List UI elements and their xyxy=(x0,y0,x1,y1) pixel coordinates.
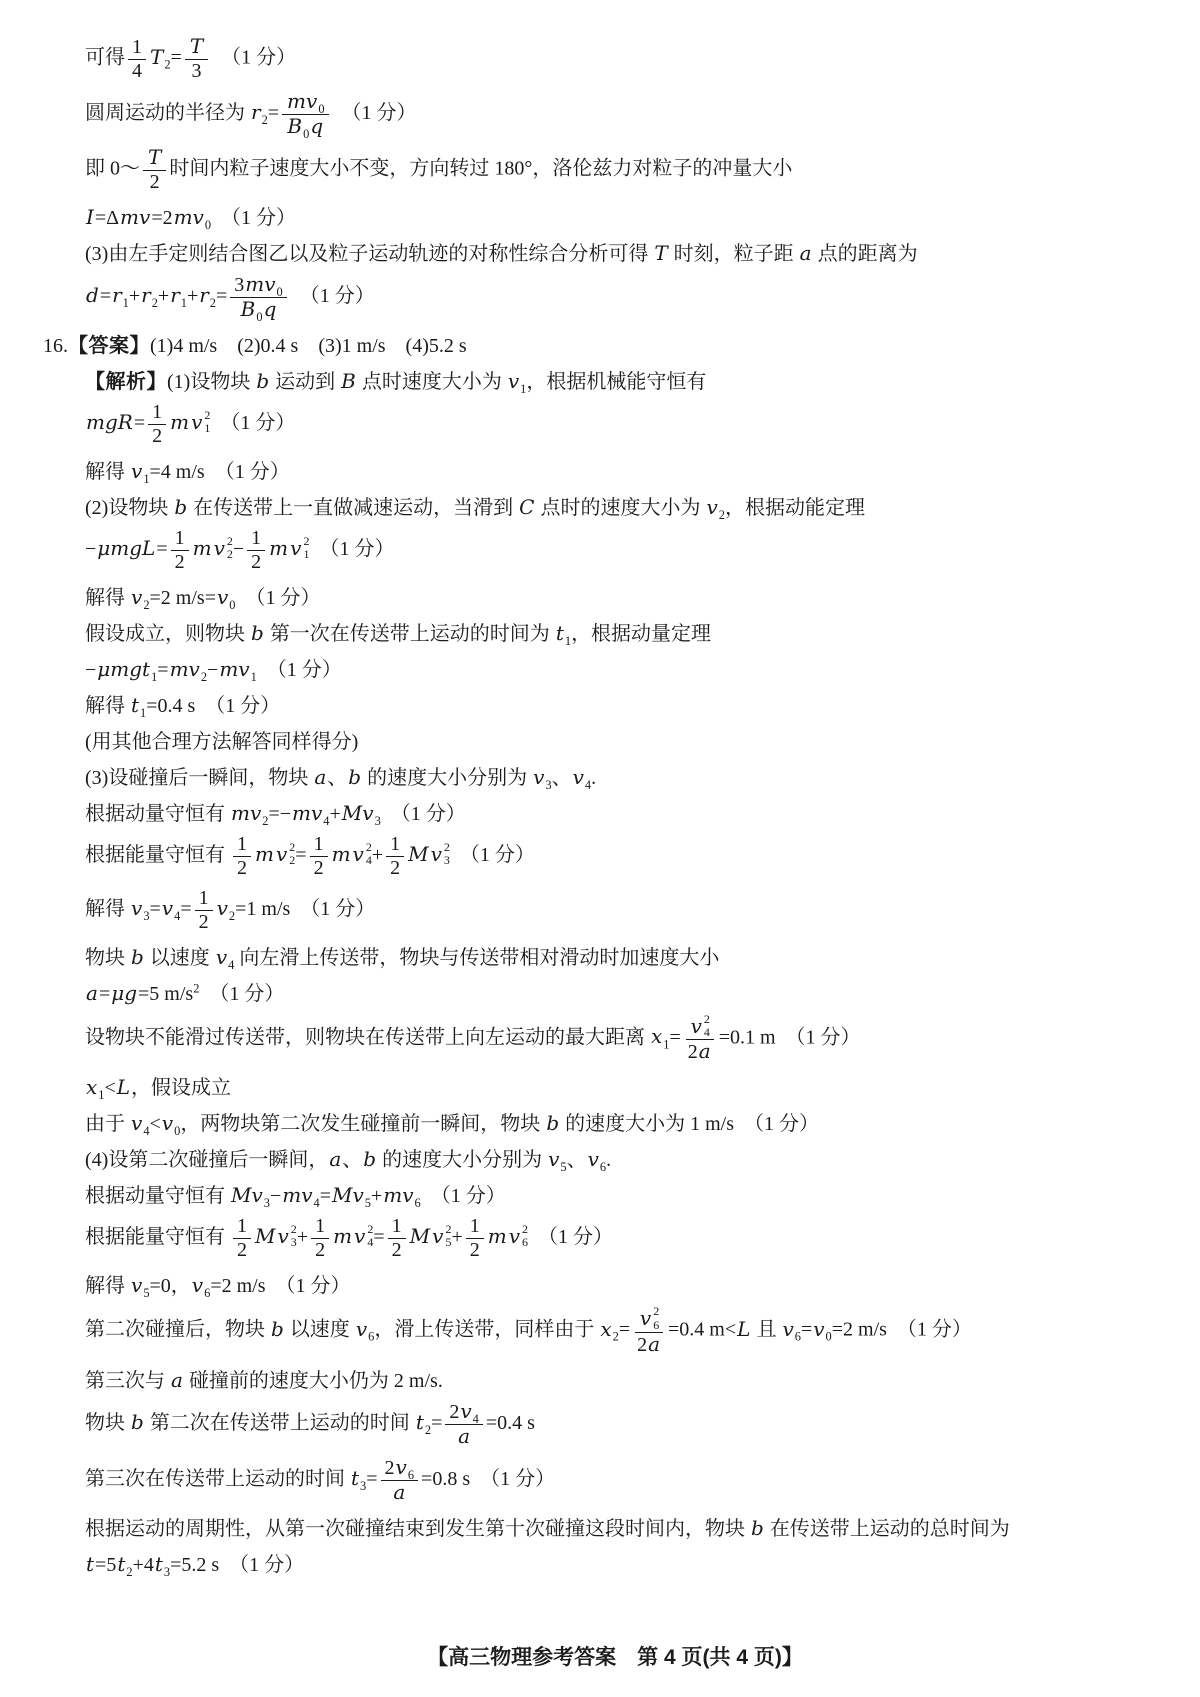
math-variable: b xyxy=(545,1111,560,1135)
text-run: = xyxy=(157,659,168,681)
text-run: =4 m/s （1 分） xyxy=(150,461,290,483)
math-variable: a xyxy=(698,1039,712,1063)
math-variable: t xyxy=(350,1466,360,1490)
math-variable: I xyxy=(85,205,95,229)
fraction: v262a xyxy=(633,1305,665,1356)
text-run: =Δ xyxy=(95,207,119,229)
text-run: =5 m/s xyxy=(138,983,193,1005)
text-run: 16. xyxy=(43,335,68,357)
math-variable: Mv xyxy=(331,1183,365,1207)
math-variable: m xyxy=(192,536,213,560)
text-run: = xyxy=(373,1226,384,1248)
text-run: 2 xyxy=(237,1239,247,1261)
text-run: 、 xyxy=(552,767,572,789)
fraction: 12 xyxy=(310,833,328,880)
answer-line: d=r1+r2+r1+r2=3mv0B0q （1 分） xyxy=(85,273,1145,322)
math-variable: b xyxy=(255,369,270,393)
math-variable: x xyxy=(650,1024,663,1048)
text-run: （1 分） xyxy=(199,983,284,1005)
text-run: < xyxy=(104,1077,115,1099)
math-variable: T xyxy=(653,241,668,265)
math-variable: v xyxy=(705,495,718,519)
math-variable: B xyxy=(286,114,303,138)
text-run: （1 分） xyxy=(450,844,535,866)
answer-line: 根据动量守恒有 Mv3−mv4=Mv5+mv6 （1 分） xyxy=(85,1179,1145,1208)
math-variable: v xyxy=(161,896,174,920)
answer-line: 可得14T2=T3 （1 分） xyxy=(85,35,1145,83)
math-variable: m xyxy=(268,536,289,560)
math-sub-sup: v22 xyxy=(213,535,233,561)
text-run: 2 xyxy=(385,1457,395,1479)
math-variable: μg xyxy=(110,981,138,1005)
math-variable: v xyxy=(216,896,229,920)
text-run: 1 xyxy=(390,833,400,855)
math-variable: mv xyxy=(291,801,323,825)
answer-line: x1<L，假设成立 xyxy=(85,1071,1145,1100)
math-variable: a xyxy=(647,1332,661,1356)
text-run: = xyxy=(431,1412,442,1434)
math-variable: v xyxy=(812,1317,825,1341)
answer-sheet-page: 可得14T2=T3 （1 分）圆周运动的半径为 r2=mv0B0q （1 分）即… xyxy=(0,0,1200,1697)
fraction: T3 xyxy=(185,35,208,83)
math-variable: b xyxy=(250,621,265,645)
math-variable: mv xyxy=(119,205,151,229)
math-variable: t xyxy=(555,621,565,645)
math-variable: μmgt xyxy=(96,657,151,681)
text-run: = xyxy=(801,1319,812,1341)
text-run: =1 m/s （1 分） xyxy=(235,898,375,920)
text-run: (3)由左手定则结合图乙以及粒子运动轨迹的对称性综合分析可得 xyxy=(85,243,653,265)
answer-line: 圆周运动的半径为 r2=mv0B0q （1 分） xyxy=(85,90,1145,139)
text-run: 解得 xyxy=(85,695,130,717)
math-variable: r xyxy=(140,283,152,307)
math-variable: q xyxy=(263,297,278,321)
math-variable: b xyxy=(362,1147,377,1171)
text-run: 4 xyxy=(132,60,142,82)
text-run: 以速度 xyxy=(285,1319,355,1341)
text-run: < xyxy=(150,1113,161,1135)
text-run: =− xyxy=(268,803,291,825)
fraction: 12 xyxy=(388,1215,406,1262)
math-variable: B xyxy=(340,369,357,393)
text-run: （1 分） xyxy=(332,102,417,124)
answer-line: a=μg=5 m/s2 （1 分） xyxy=(85,977,1145,1006)
text-run: 解得 xyxy=(85,461,130,483)
answer-line: (4)设第二次碰撞后一瞬间，a、b 的速度大小分别为 v5、v6. xyxy=(85,1143,1145,1172)
text-run: + xyxy=(372,844,383,866)
math-variable: Mv xyxy=(341,801,375,825)
text-run: (1)设物块 xyxy=(167,371,255,393)
answer-line: 第三次在传送带上运动的时间 t3=2v6a=0.8 s （1 分） xyxy=(85,1456,1145,1505)
text-run: 根据能量守恒有 xyxy=(85,1226,230,1248)
math-sub-sup: v22 xyxy=(275,841,295,867)
text-run: + xyxy=(129,285,140,307)
answer-line: 根据动量守恒有 mv2=−mv4+Mv3 （1 分） xyxy=(85,797,1145,826)
text-run: 2 xyxy=(390,857,400,879)
text-run: （1 分） xyxy=(236,587,321,609)
fraction: 12 xyxy=(233,833,251,880)
page-footer: 【高三物理参考答案 第 4 页(共 4 页)】 xyxy=(85,1611,1145,1671)
text-run: =2 m/s （1 分） xyxy=(210,1275,350,1297)
text-run: 即 0～ xyxy=(85,158,140,180)
text-run: 1 xyxy=(237,1215,247,1237)
math-variable: v xyxy=(547,1147,560,1171)
text-run: (3)设碰撞后一瞬间，物块 xyxy=(85,767,313,789)
text-run: + xyxy=(158,285,169,307)
math-variable: m xyxy=(487,1224,508,1248)
math-variable: v xyxy=(587,1147,600,1171)
math-variable: r xyxy=(169,283,181,307)
fraction: T2 xyxy=(143,146,166,194)
text-run: 时间内粒子速度大小不变，方向转过 180°，洛伦兹力对粒子的冲量大小 xyxy=(169,158,792,180)
fraction: 3mv0B0q xyxy=(230,273,286,322)
text-run: 第二次在传送带上运动的时间 xyxy=(145,1412,415,1434)
text-run: 1 xyxy=(132,36,142,58)
math-variable: t xyxy=(116,1552,126,1576)
answer-line: 根据能量守恒有 12mv22=12mv24+12Mv23 （1 分） xyxy=(85,833,1145,880)
math-sub-sup: v26 xyxy=(508,1223,528,1249)
text-run: （1 分） xyxy=(528,1226,613,1248)
text-run: 以速度 xyxy=(145,947,215,969)
text-run: =5.2 s （1 分） xyxy=(170,1554,304,1576)
text-run: (用其他合理方法解答同样得分) xyxy=(85,731,358,753)
text-run: 2 xyxy=(199,911,209,933)
text-run: 点时的速度大小为 xyxy=(535,497,705,519)
answer-line: 第三次与 a 碰撞前的速度大小仍为 2 m/s. xyxy=(85,1364,1145,1393)
text-run: 2 xyxy=(152,425,162,447)
math-variable: a xyxy=(313,765,327,789)
text-run: 2 xyxy=(150,171,160,193)
text-run: 解得 xyxy=(85,898,130,920)
answer-line: 第二次碰撞后，物块 b 以速度 v6，滑上传送带，同样由于 x2=v262a=0… xyxy=(85,1305,1145,1356)
math-variable: a xyxy=(170,1368,184,1392)
text-run: 1 xyxy=(314,833,324,855)
text-run: 2 xyxy=(314,857,324,879)
math-variable: v xyxy=(459,1399,472,1423)
math-variable: x xyxy=(85,1075,98,1099)
fraction: 12 xyxy=(195,887,213,934)
answer-line: (用其他合理方法解答同样得分) xyxy=(85,725,1145,754)
math-variable: T xyxy=(147,145,162,169)
math-variable: T xyxy=(149,45,164,69)
fraction: 2v6a xyxy=(381,1456,419,1505)
text-run: 根据能量守恒有 xyxy=(85,844,230,866)
text-run: = xyxy=(180,898,191,920)
text-run: = xyxy=(295,844,306,866)
math-sub-sup: v21 xyxy=(190,409,210,435)
section-label: 【答案】 xyxy=(68,335,150,357)
text-run: =2 m/s= xyxy=(150,587,216,609)
text-run: . xyxy=(591,767,596,789)
text-run: − xyxy=(85,538,96,560)
text-run: （1 分） xyxy=(257,659,342,681)
text-run: 2 xyxy=(449,1401,459,1423)
math-variable: r xyxy=(198,283,210,307)
text-run: 的速度大小分别为 xyxy=(377,1149,547,1171)
text-run: = xyxy=(100,285,111,307)
text-run: 设物块不能滑过传送带，则物块在传送带上向左运动的最大距离 xyxy=(85,1026,650,1048)
answer-line: 根据能量守恒有 12Mv23+12mv24=12Mv25+12mv26 （1 分… xyxy=(85,1215,1145,1262)
text-run: 解得 xyxy=(85,1275,130,1297)
text-run: 根据动量守恒有 xyxy=(85,803,230,825)
text-run: 3 xyxy=(234,274,244,296)
text-run: = xyxy=(150,898,161,920)
math-variable: mv xyxy=(244,272,276,296)
math-variable: L xyxy=(116,1075,131,1099)
text-run: 第三次与 xyxy=(85,1370,170,1392)
text-run: （1 分） xyxy=(290,285,375,307)
math-variable: a xyxy=(328,1147,342,1171)
answer-line: t=5t2+4t3=5.2 s （1 分） xyxy=(85,1548,1145,1577)
math-variable: v xyxy=(395,1455,408,1479)
text-run: = xyxy=(320,1185,331,1207)
text-run: 1 xyxy=(470,1215,480,1237)
text-run: 圆周运动的半径为 xyxy=(85,102,250,124)
math-variable: mv xyxy=(281,1183,313,1207)
text-run: 2 xyxy=(392,1239,402,1261)
math-variable: mv xyxy=(173,205,205,229)
math-variable: r xyxy=(250,100,262,124)
math-variable: mgR xyxy=(85,410,134,434)
math-variable: b xyxy=(130,1410,145,1434)
math-variable: b xyxy=(270,1317,285,1341)
math-variable: m xyxy=(254,842,275,866)
fraction: 12 xyxy=(171,527,189,574)
text-run: − xyxy=(85,659,96,681)
text-run: ，根据动能定理 xyxy=(725,497,865,519)
math-variable: m xyxy=(169,410,190,434)
math-sub-sup: v24 xyxy=(353,1223,373,1249)
fraction: 12 xyxy=(466,1215,484,1262)
text-run: （1 分） xyxy=(211,47,296,69)
math-variable: v xyxy=(215,945,228,969)
text-run: 运动到 xyxy=(270,371,340,393)
text-run: + xyxy=(371,1185,382,1207)
math-variable: b xyxy=(173,495,188,519)
section-label: 【解析】 xyxy=(85,371,167,393)
text-run: 1 xyxy=(315,1215,325,1237)
math-variable: v xyxy=(216,585,229,609)
text-run: 3 xyxy=(192,60,202,82)
text-run: = xyxy=(99,983,110,1005)
text-run: （1 分） xyxy=(211,207,296,229)
text-run: 第一次在传送带上运动的时间为 xyxy=(265,623,555,645)
fraction: 12 xyxy=(233,1215,251,1262)
text-run: − xyxy=(207,659,218,681)
fraction: mv0B0q xyxy=(282,90,328,139)
text-run: =2 xyxy=(151,207,172,229)
text-run: 由于 xyxy=(85,1113,130,1135)
math-sub-sup: v23 xyxy=(276,1223,296,1249)
text-run: − xyxy=(233,538,244,560)
text-run: + xyxy=(187,285,198,307)
math-variable: t xyxy=(130,693,140,717)
answer-line: 即 0～T2时间内粒子速度大小不变，方向转过 180°，洛伦兹力对粒子的冲量大小 xyxy=(85,146,1145,194)
answer-line: (3)设碰撞后一瞬间，物块 a、b 的速度大小分别为 v3、v4. xyxy=(85,761,1145,790)
text-run: ，根据机械能守恒有 xyxy=(526,371,706,393)
text-run: = xyxy=(171,47,182,69)
text-run: 2 xyxy=(315,1239,325,1261)
fraction: 12 xyxy=(148,401,166,448)
subscript: 4 xyxy=(473,1412,479,1426)
answer-line: 物块 b 第二次在传送带上运动的时间 t2=2v4a=0.4 s xyxy=(85,1400,1145,1449)
math-variable: mv xyxy=(169,657,201,681)
text-run: （1 分） xyxy=(210,412,295,434)
math-variable: m xyxy=(332,1224,353,1248)
text-run: ，两物块第二次发生碰撞前一瞬间，物块 xyxy=(180,1113,545,1135)
text-run: ，根据动量定理 xyxy=(571,623,711,645)
text-run: 第三次在传送带上运动的时间 xyxy=(85,1468,350,1490)
text-run: 的速度大小分别为 xyxy=(362,767,532,789)
text-run: 点的距离为 xyxy=(813,243,918,265)
math-variable: v xyxy=(130,896,143,920)
text-run: + xyxy=(451,1226,462,1248)
text-run: 2 xyxy=(470,1239,480,1261)
text-run: (2)设物块 xyxy=(85,497,173,519)
math-variable: v xyxy=(532,765,545,789)
math-variable: t xyxy=(154,1552,164,1576)
math-variable: v xyxy=(191,1273,204,1297)
math-sub-sup: v26 xyxy=(639,1305,659,1331)
text-run: 时刻，粒子距 xyxy=(669,243,799,265)
answer-body: 可得14T2=T3 （1 分）圆周运动的半径为 r2=mv0B0q （1 分）即… xyxy=(85,28,1145,1584)
text-run: = xyxy=(669,1026,680,1048)
text-run: = xyxy=(366,1468,377,1490)
text-run: 、 xyxy=(327,767,347,789)
math-variable: q xyxy=(309,114,324,138)
math-variable: mv xyxy=(218,657,250,681)
fraction: 12 xyxy=(311,1215,329,1262)
text-run: = xyxy=(268,102,279,124)
math-variable: v xyxy=(781,1317,794,1341)
text-run: ，滑上传送带，同样由于 xyxy=(374,1319,599,1341)
text-run: 、 xyxy=(342,1149,362,1171)
text-run: (1)4 m/s (2)0.4 s (3)1 m/s (4)5.2 s xyxy=(150,335,467,357)
answer-line: 由于 v4<v0，两物块第二次发生碰撞前一瞬间，物块 b 的速度大小为 1 m/… xyxy=(85,1107,1145,1136)
math-variable: a xyxy=(392,1480,406,1504)
answer-line: 16.【答案】(1)4 m/s (2)0.4 s (3)1 m/s (4)5.2… xyxy=(43,329,1145,358)
text-run: + xyxy=(330,803,341,825)
fraction: 2v4a xyxy=(445,1400,483,1449)
subscript: 6 xyxy=(408,1468,414,1482)
text-run: +4 xyxy=(133,1554,154,1576)
text-run: （1 分） xyxy=(381,803,466,825)
answer-line: −μmgt1=mv2−mv1 （1 分） xyxy=(85,653,1145,682)
math-variable: r xyxy=(111,283,123,307)
answer-line: 解得 v2=2 m/s=v0 （1 分） xyxy=(85,581,1145,610)
answer-line: 设物块不能滑过传送带，则物块在传送带上向左运动的最大距离 x1=v242a=0.… xyxy=(85,1013,1145,1064)
math-variable: μmgL xyxy=(96,536,156,560)
math-variable: a xyxy=(85,981,99,1005)
fraction: 14 xyxy=(128,36,146,83)
subscript: 0 xyxy=(256,310,262,324)
answer-line: −μmgL=12mv22−12mv21 （1 分） xyxy=(85,527,1145,574)
subscript: 0 xyxy=(277,285,283,299)
text-run: 的速度大小为 1 m/s （1 分） xyxy=(560,1113,819,1135)
text-run: − xyxy=(270,1185,281,1207)
math-variable: t xyxy=(85,1552,95,1576)
answer-line: 物块 b 以速度 v4 向左滑上传送带，物块与传送带相对滑动时加速度大小 xyxy=(85,941,1145,970)
text-run: 向左滑上传送带，物块与传送带相对滑动时加速度大小 xyxy=(234,947,719,969)
text-run: =0.8 s （1 分） xyxy=(421,1468,555,1490)
math-variable: v xyxy=(355,1317,368,1341)
fraction: 12 xyxy=(386,833,404,880)
math-variable: M xyxy=(409,1224,431,1248)
math-sub-sup: v23 xyxy=(430,841,450,867)
math-variable: d xyxy=(85,283,100,307)
math-variable: v xyxy=(572,765,585,789)
math-sub-sup: v24 xyxy=(690,1013,710,1039)
math-variable: mv xyxy=(286,89,318,113)
text-run: 1 xyxy=(152,401,162,423)
answer-line: mgR=12mv21 （1 分） xyxy=(85,401,1145,448)
math-variable: mv xyxy=(230,801,262,825)
math-variable: a xyxy=(799,241,813,265)
text-run: ，假设成立 xyxy=(131,1077,231,1099)
text-run: = xyxy=(216,285,227,307)
math-variable: v xyxy=(130,1273,143,1297)
text-run: (4)设第二次碰撞后一瞬间， xyxy=(85,1149,328,1171)
math-variable: mv xyxy=(382,1183,414,1207)
answer-line: 根据运动的周期性，从第一次碰撞结束到发生第十次碰撞这段时间内，物块 b 在传送带… xyxy=(85,1512,1145,1541)
text-run: 第二次碰撞后，物块 xyxy=(85,1319,270,1341)
text-run: 物块 xyxy=(85,947,130,969)
text-run: 且 xyxy=(751,1319,781,1341)
math-variable: b xyxy=(347,765,362,789)
answer-line: 解得 v1=4 m/s （1 分） xyxy=(85,455,1145,484)
math-variable: b xyxy=(130,945,145,969)
text-run: （1 分） xyxy=(309,538,394,560)
answer-line: (2)设物块 b 在传送带上一直做减速运动，当滑到 C 点时的速度大小为 v2，… xyxy=(85,491,1145,520)
math-sub-sup: v21 xyxy=(289,535,309,561)
text-run: =0， xyxy=(150,1275,191,1297)
text-run: 点时速度大小为 xyxy=(357,371,507,393)
text-run: = xyxy=(156,538,167,560)
fraction: 12 xyxy=(247,527,265,574)
math-variable: M xyxy=(254,1224,276,1248)
text-run: 1 xyxy=(175,527,185,549)
math-variable: T xyxy=(189,34,204,58)
text-run: . xyxy=(606,1149,611,1171)
math-variable: x xyxy=(599,1317,612,1341)
math-variable: L xyxy=(736,1317,751,1341)
text-run: 可得 xyxy=(85,47,125,69)
math-sub-sup: v25 xyxy=(431,1223,451,1249)
math-sub-sup: v24 xyxy=(352,841,372,867)
text-run: 2 xyxy=(237,857,247,879)
text-run: 1 xyxy=(251,527,261,549)
text-run: =0.4 m< xyxy=(668,1319,736,1341)
text-run: 碰撞前的速度大小仍为 2 m/s. xyxy=(184,1370,443,1392)
answer-line: 假设成立，则物块 b 第一次在传送带上运动的时间为 t1，根据动量定理 xyxy=(85,617,1145,646)
text-run: （1 分） xyxy=(421,1185,506,1207)
text-run: 、 xyxy=(567,1149,587,1171)
math-variable: v xyxy=(507,369,520,393)
answer-line: I=Δmv=2mv0 （1 分） xyxy=(85,201,1145,230)
answer-line: 解得 t1=0.4 s （1 分） xyxy=(85,689,1145,718)
answer-line: 【解析】(1)设物块 b 运动到 B 点时速度大小为 v1，根据机械能守恒有 xyxy=(85,365,1145,394)
math-variable: v xyxy=(130,585,143,609)
text-run: + xyxy=(297,1226,308,1248)
text-run: 1 xyxy=(237,833,247,855)
text-run: 根据运动的周期性，从第一次碰撞结束到发生第十次碰撞这段时间内，物块 xyxy=(85,1518,750,1540)
answer-line: (3)由左手定则结合图乙以及粒子运动轨迹的对称性综合分析可得 T 时刻，粒子距 … xyxy=(85,237,1145,266)
text-run: = xyxy=(619,1319,630,1341)
text-run: =2 m/s （1 分） xyxy=(832,1319,972,1341)
math-variable: a xyxy=(457,1424,471,1448)
text-run: = xyxy=(134,412,145,434)
text-run: =0.1 m （1 分） xyxy=(719,1026,861,1048)
